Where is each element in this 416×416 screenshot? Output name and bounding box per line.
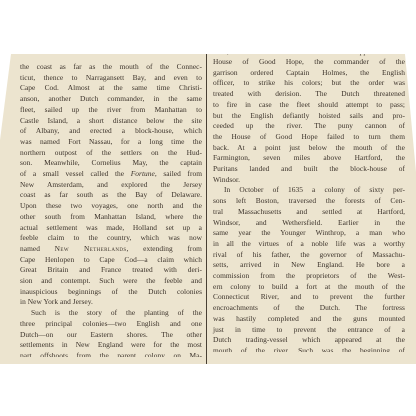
text-line: House of Good Hope, the commander of the [213,57,405,68]
text-line: feeble claim to the country, which was n… [20,233,202,244]
text-line: treated with derision. The Dutch threate… [213,89,405,100]
text-line: Castle Island, a short distance below th… [20,116,202,127]
text-line: Connecticut River, and to prevent the fu… [213,292,405,303]
text-line: Cape Henlopen to Cape Cod—a claim which [20,255,202,266]
text-line: other south from Manhattan Island, where… [20,212,202,223]
text-line: officer, to strike his colors; but the o… [213,78,405,89]
text-line: Such is the story of the planting of the [20,308,202,319]
text-line: actual settlement was made, Holland set … [20,223,202,234]
text-line: same year the Younger Winthrop, a man wh… [213,228,405,239]
text-line: rival of his father, the governor of Mas… [213,250,405,261]
text-line: Puritans landed and built the block-hous… [213,164,405,175]
column-divider-rule [206,54,207,364]
text-line: of Albany, and erected a block-house, wh… [20,126,202,137]
book-page: the coast as far as the mouth of the Con… [0,54,416,364]
scanned-page-photo: the coast as far as the mouth of the Con… [0,0,416,416]
text-line: sion and contempt. Such were the feeble … [20,276,202,287]
text-line: Upon these two voyages, one north and th… [20,201,202,212]
smallcaps-text: New Netherlands [55,244,127,253]
text-line: part offshoots from the parent colony on… [20,351,202,357]
text-line: encroachments of the Dutch. The fortress [213,303,405,314]
text-line: mouth of the river. Such was the beginni… [213,346,405,352]
text-line: sons left Boston, traversed the forests … [213,196,405,207]
text-line: Windsor, and Wethersfield. Earlier in th… [213,218,405,229]
text-line: just in time to prevent the entrance of … [213,325,405,336]
text-line: coast as far south as the Bay of Delawar… [20,190,202,201]
text-line: ticut, thence to Narragansett Bay, and e… [20,73,202,84]
text-line: Dutch—on our Eastern shores. The other [20,330,202,341]
text-line: in all the virtues of a noble life was a… [213,239,405,250]
text-line: setts, arrived in New England. He bore a [213,260,405,271]
text-line: Cape Cod. Almost at the same time Christ… [20,83,202,94]
text-line: was named Fort Nassau, for a long time t… [20,137,202,148]
text-line: settlements in New England were for the … [20,340,202,351]
text-line: in New York and Jersey. [20,297,202,308]
text-line: was hastily completed and the guns mount… [213,314,405,325]
text-line: three principal colonies—two English and… [20,319,202,330]
text-line: of a small vessel called the Fortune, sa… [20,169,202,180]
text-line: back. At a point just below the mouth of… [213,143,405,154]
text-line: to fire in case the fleet should attempt… [213,100,405,111]
text-line: garrison ordered Captain Holmes, the Eng… [213,68,405,79]
text-line: northern outpost of the settlers on the … [20,148,202,159]
text-line: anson, another Dutch commander, in the s… [20,94,202,105]
cropped-bottom-line: part offshoots from the parent colony on… [20,351,202,357]
text-line: son. Meanwhile, Cornelius May, the capta… [20,158,202,169]
text-line: Dutch trading-vessel which appeared at t… [213,335,405,346]
text-line: In October of 1635 a colony of sixty per… [213,185,405,196]
text-line: the coast as far as the mouth of the Con… [20,62,202,73]
text-line: the House of Good Hope failed to turn th… [213,132,405,143]
text-line: ern colony to build a fort at the mouth … [213,282,405,293]
text-column-left: the coast as far as the mouth of the Con… [20,54,202,364]
text-line: inauspicious beginnings of the Dutch col… [20,287,202,298]
text-column-right: river, when the fleet came opposite theH… [213,54,405,364]
text-line: Great Britain and France treated with de… [20,265,202,276]
text-line: tral Massachusetts and settled at Hartfo… [213,207,405,218]
italic-text: Fortune [131,169,155,178]
text-line: fleet, sailed up the river from Manhatta… [20,105,202,116]
text-line: Windsor. [213,175,405,186]
text-line: but the English defiantly hoisted sails … [213,111,405,122]
cropped-bottom-line: mouth of the river. Such was the beginni… [213,346,405,352]
text-line: commission from the proprietors of the W… [213,271,405,282]
text-line: Farmington, seven miles above Hartford, … [213,153,405,164]
text-line: named New Netherlands, extending from [20,244,202,255]
text-line: ceeded up the river. The puny cannon of [213,121,405,132]
text-line: New Amsterdam, and explored the Jersey [20,180,202,191]
